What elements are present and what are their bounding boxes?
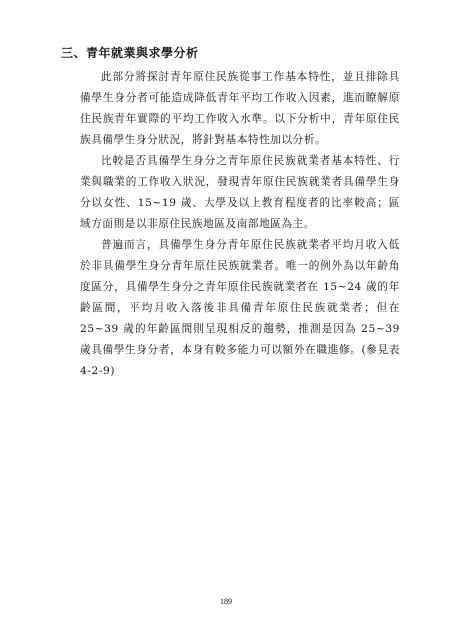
paragraph-3: 普遍而言，具備學生身分青年原住民族就業者平均月收入低於非具備學生身分青年原住民族…	[80, 235, 400, 382]
paragraph-2: 比較是否具備學生身分之青年原住民族就業者基本特性、行業與職業的工作收入狀況，發現…	[80, 151, 400, 235]
document-page: 三、青年就業與求學分析 此部分將探討青年原住民族從事工作基本特性，並且排除具備學…	[0, 0, 452, 640]
page-number: 189	[0, 597, 452, 606]
section-heading: 三、青年就業與求學分析	[61, 44, 199, 61]
paragraph-1: 此部分將探討青年原住民族從事工作基本特性，並且排除具備學生身分者可能造成降低青年…	[80, 67, 400, 151]
